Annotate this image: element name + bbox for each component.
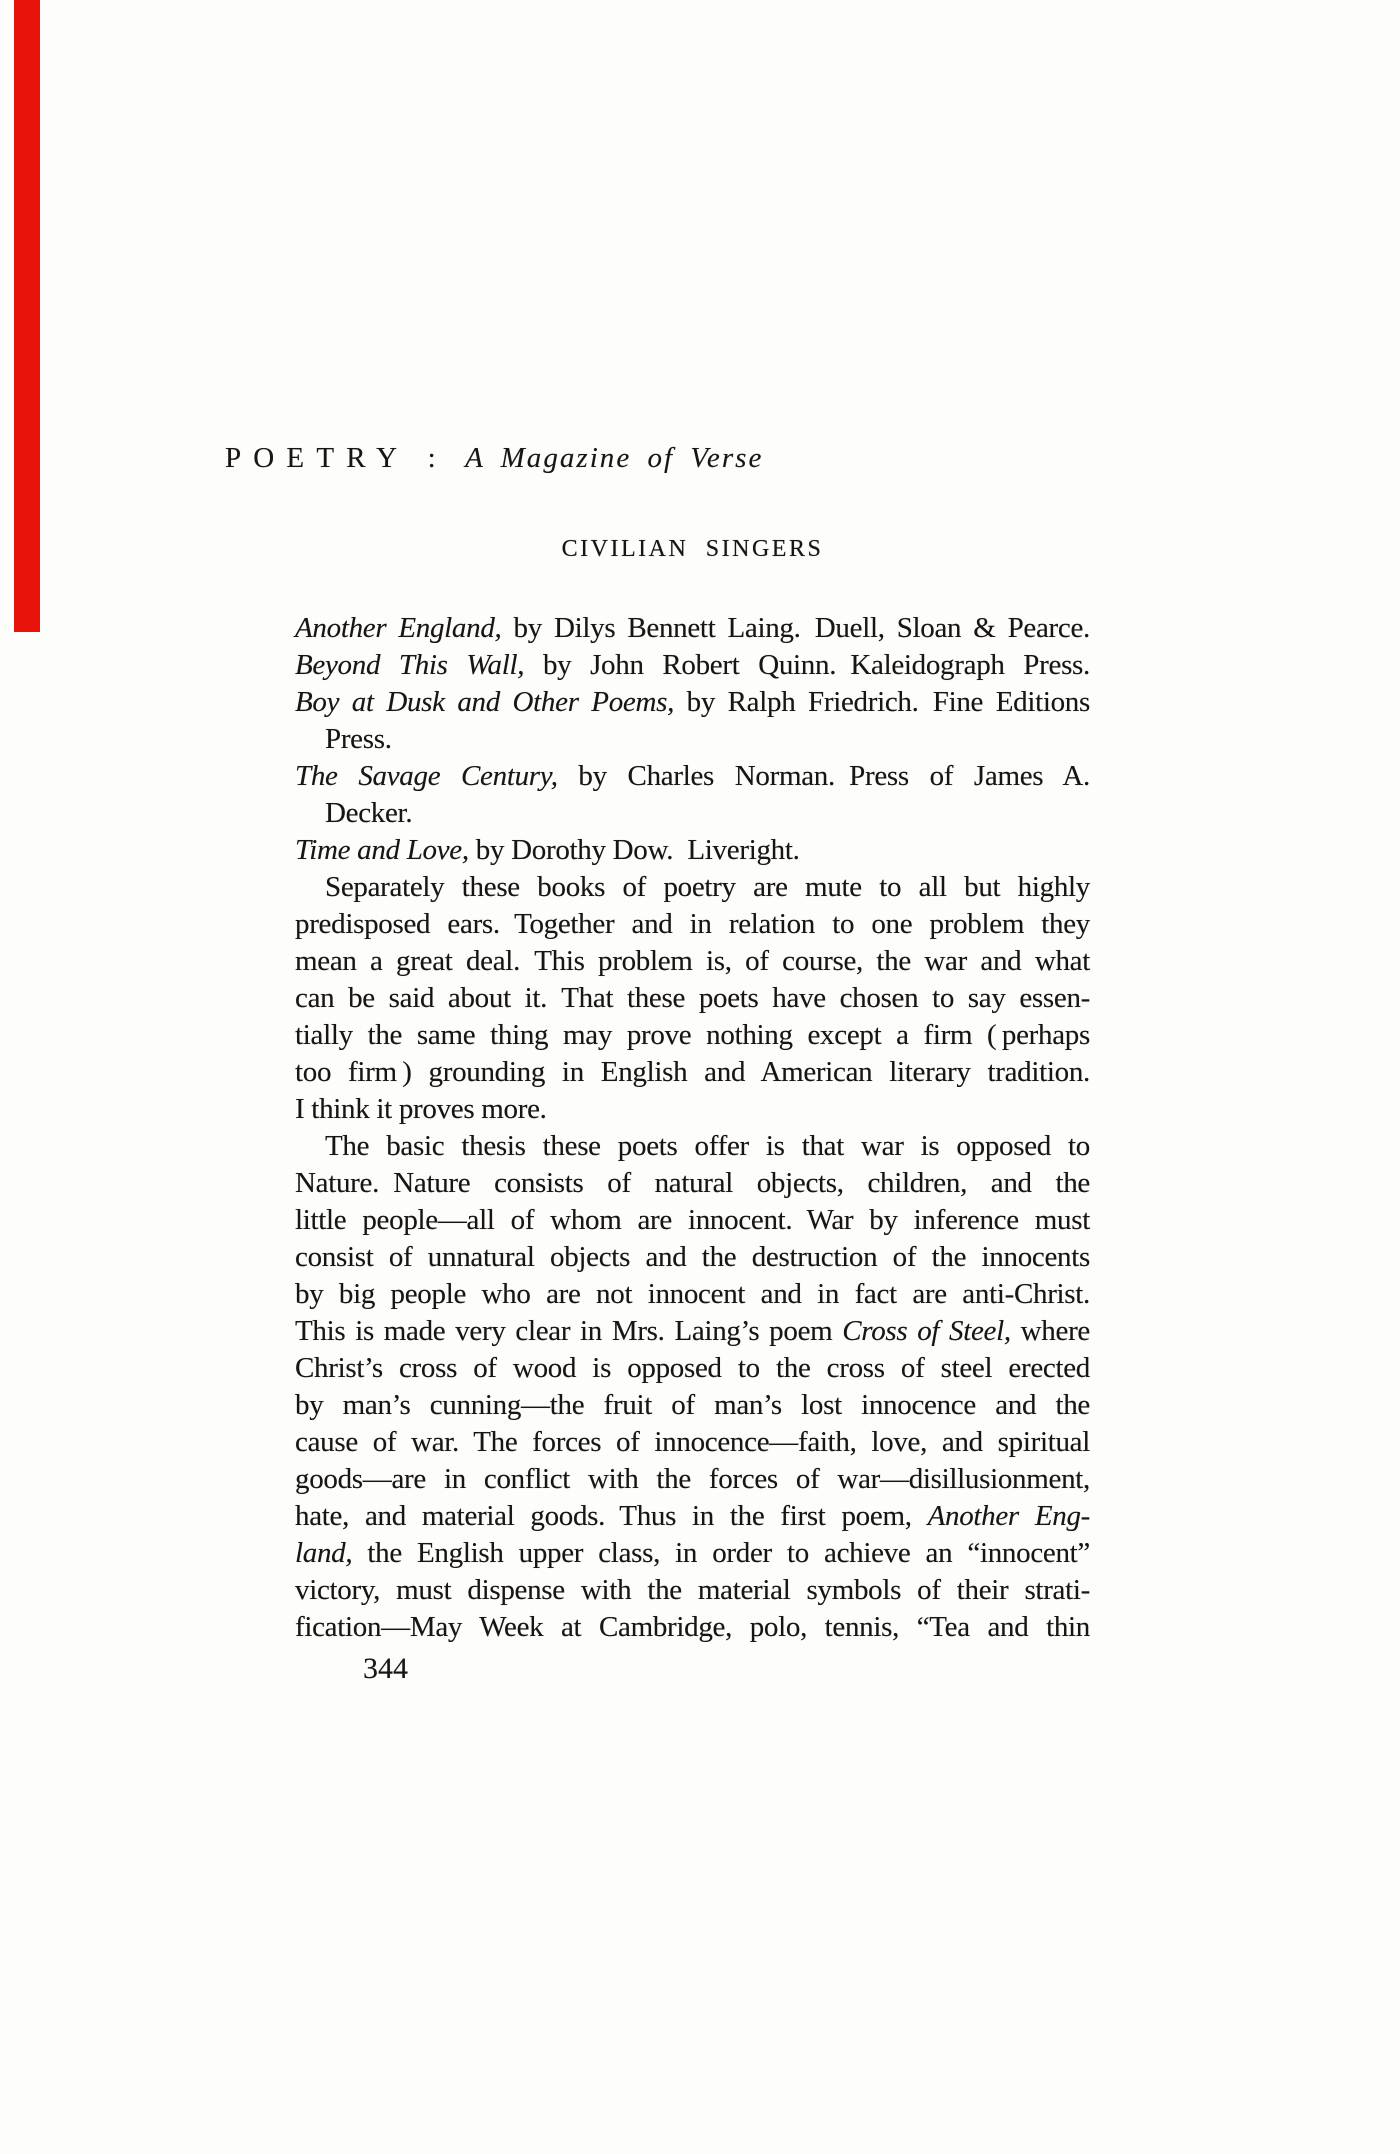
text-run: mean a great deal. This problem is, of c… [295,945,1090,977]
text-run: by Dorothy Dow. Liveright. [469,834,800,866]
text-run: by John Robert Quinn. Kaleidograph Press… [524,649,1090,681]
text-line: Christ’s cross of wood is opposed to the… [295,1350,1090,1387]
page-number: 344 [363,1652,408,1686]
text-run: goods—are in conflict with the forces of… [295,1463,1090,1495]
text-line: by big people who are not innocent and i… [295,1276,1090,1313]
book-title-italic: Time and Love, [295,834,469,866]
scanned-book-page: POETRY : A Magazine of Verse CIVILIAN SI… [0,0,1400,2154]
text-run: predisposed ears. Together and in relati… [295,908,1090,940]
text-line: land, the English upper class, in order … [295,1535,1090,1572]
book-title-italic: Another England, [295,612,502,644]
text-run: Christ’s cross of wood is opposed to the… [295,1352,1090,1384]
text-line: The Savage Century, by Charles Norman. P… [295,758,1090,795]
text-run: Press. [325,723,392,755]
text-line: Beyond This Wall, by John Robert Quinn. … [295,647,1090,684]
text-line: Decker. [325,795,1090,832]
text-line: Nature. Nature consists of natural objec… [295,1165,1090,1202]
text-line: consist of unnatural objects and the des… [295,1239,1090,1276]
text-line: Boy at Dusk and Other Poems, by Ralph Fr… [295,684,1090,721]
text-run: victory, must dispense with the material… [295,1574,1090,1606]
text-run: by Charles Norman. Press of James A. [558,760,1090,792]
text-line: Separately these books of poetry are mut… [325,869,1090,906]
text-line: Time and Love, by Dorothy Dow. Liveright… [295,832,1090,869]
text-line: The basic thesis these poets offer is th… [325,1128,1090,1165]
book-title-italic: Beyond This Wall, [295,649,524,681]
book-title-italic: Another Eng- [928,1500,1090,1532]
text-run: I think it proves more. [295,1093,547,1125]
text-run: by man’s cunning—the fruit of man’s lost… [295,1389,1090,1421]
journal-subtitle: A Magazine of Verse [465,442,763,474]
text-run: This is made very clear in Mrs. Laing’s … [295,1315,842,1347]
text-line: Press. [325,721,1090,758]
text-run: little people—all of whom are innocent. … [295,1204,1090,1236]
text-line: I think it proves more. [295,1091,1090,1128]
text-run: by Dilys Bennett Laing. Duell, Sloan & P… [502,612,1091,644]
text-line: goods—are in conflict with the forces of… [295,1461,1090,1498]
review-text-block: Another England, by Dilys Bennett Laing.… [295,610,1090,1646]
text-run: the English upper class, in order to ach… [352,1537,1090,1569]
text-run: where [1011,1315,1090,1347]
text-line: tially the same thing may prove nothing … [295,1017,1090,1054]
text-line: Another England, by Dilys Bennett Laing.… [295,610,1090,647]
text-line: hate, and material goods. Thus in the fi… [295,1498,1090,1535]
text-line: This is made very clear in Mrs. Laing’s … [295,1313,1090,1350]
text-line: mean a great deal. This problem is, of c… [295,943,1090,980]
book-title-italic: Boy at Dusk and Other Poems, [295,686,674,718]
book-title-italic: land, [295,1537,352,1569]
text-run: tially the same thing may prove nothing … [295,1019,1090,1051]
text-line: little people—all of whom are innocent. … [295,1202,1090,1239]
running-header: POETRY : A Magazine of Verse [225,442,763,475]
text-run: cause of war. The forces of innocence—fa… [295,1426,1090,1458]
text-run: consist of unnatural objects and the des… [295,1241,1090,1273]
book-title-italic: The Savage Century, [295,760,558,792]
text-line: cause of war. The forces of innocence—fa… [295,1424,1090,1461]
text-line: can be said about it. That these poets h… [295,980,1090,1017]
text-run: Separately these books of poetry are mut… [325,871,1090,903]
text-line: victory, must dispense with the material… [295,1572,1090,1609]
text-run: Decker. [325,797,412,829]
text-run: hate, and material goods. Thus in the fi… [295,1500,928,1532]
text-line: fication—May Week at Cambridge, polo, te… [295,1609,1090,1646]
text-run: by Ralph Friedrich. Fine Editions [674,686,1090,718]
text-line: too firm ) grounding in English and Amer… [295,1054,1090,1091]
text-line: predisposed ears. Together and in relati… [295,906,1090,943]
text-run: fication—May Week at Cambridge, polo, te… [295,1611,1090,1643]
text-run: can be said about it. That these poets h… [295,982,1090,1014]
text-run: The basic thesis these poets offer is th… [325,1130,1090,1162]
book-title-italic: Cross of Steel, [842,1315,1011,1347]
text-run: by big people who are not innocent and i… [295,1278,1090,1310]
text-run: too firm ) grounding in English and Amer… [295,1056,1090,1088]
text-line: by man’s cunning—the fruit of man’s lost… [295,1387,1090,1424]
journal-name: POETRY : [225,442,448,474]
scan-artifact-red-strip [14,0,40,632]
text-run: Nature. Nature consists of natural objec… [295,1167,1090,1199]
section-title: CIVILIAN SINGERS [295,536,1090,563]
